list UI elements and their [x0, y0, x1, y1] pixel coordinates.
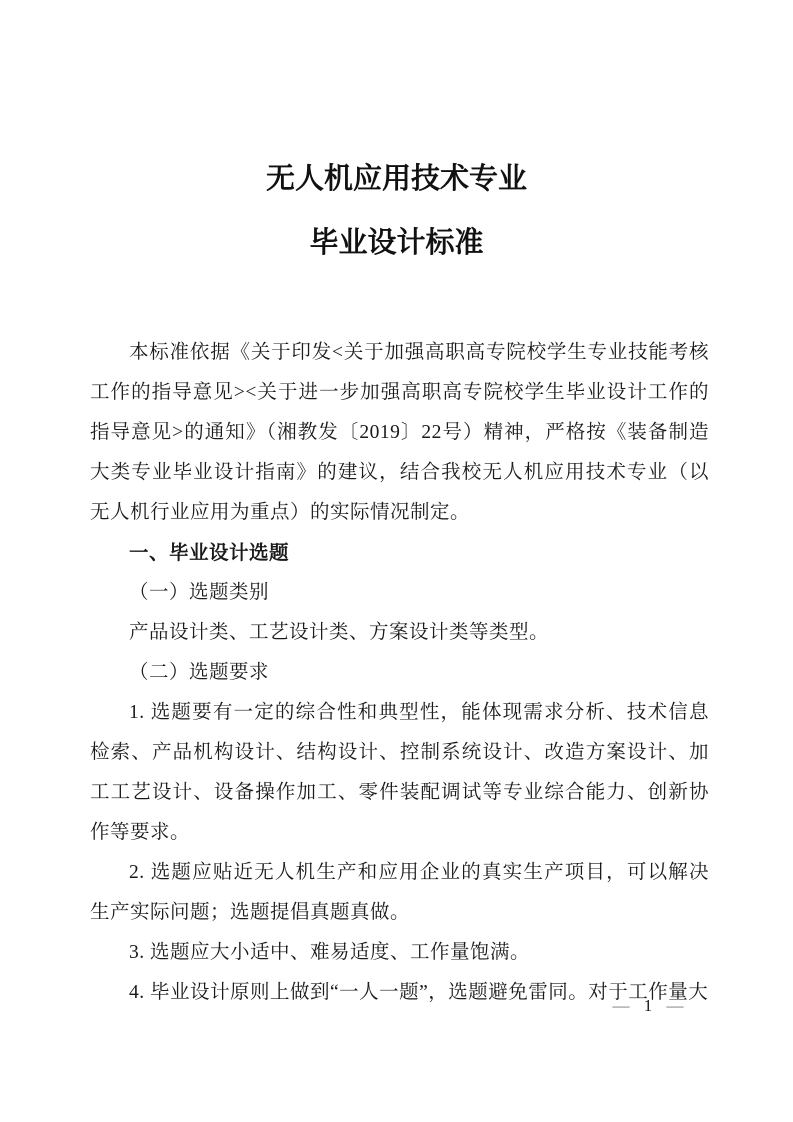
title-line-2: 毕业设计标准 — [0, 227, 793, 259]
requirement-item-2: 2. 选题应贴近无人机生产和应用企业的真实生产项目，可以解决生产实际问题；选题提… — [90, 853, 709, 933]
page-number-right-dash: — — [667, 996, 684, 1015]
document-title: 无人机应用技术专业 毕业设计标准 — [0, 0, 793, 259]
page-number-left-dash: — — [613, 996, 630, 1015]
requirement-item-3: 3. 选题应大小适中、难易适度、工作量饱满。 — [90, 933, 709, 973]
section1-heading: 一、毕业设计选题 — [90, 533, 709, 573]
subsection1-body: 产品设计类、工艺设计类、方案设计类等类型。 — [90, 613, 709, 653]
document-page: 无人机应用技术专业 毕业设计标准 本标准依据《关于印发<关于加强高职高专院校学生… — [0, 0, 793, 1122]
requirement-item-1: 1. 选题要有一定的综合性和典型性，能体现需求分析、技术信息检索、产品机构设计、… — [90, 693, 709, 853]
page-number-value: 1 — [644, 996, 653, 1015]
document-body: 本标准依据《关于印发<关于加强高职高专院校学生专业技能考核工作的指导意见><关于… — [90, 333, 709, 1013]
subsection2-heading: （二）选题要求 — [90, 653, 709, 693]
title-line-1: 无人机应用技术专业 — [0, 163, 793, 195]
page-number: — 1 — — [598, 994, 698, 1018]
intro-paragraph: 本标准依据《关于印发<关于加强高职高专院校学生专业技能考核工作的指导意见><关于… — [90, 333, 709, 533]
subsection1-heading: （一）选题类别 — [90, 573, 709, 613]
